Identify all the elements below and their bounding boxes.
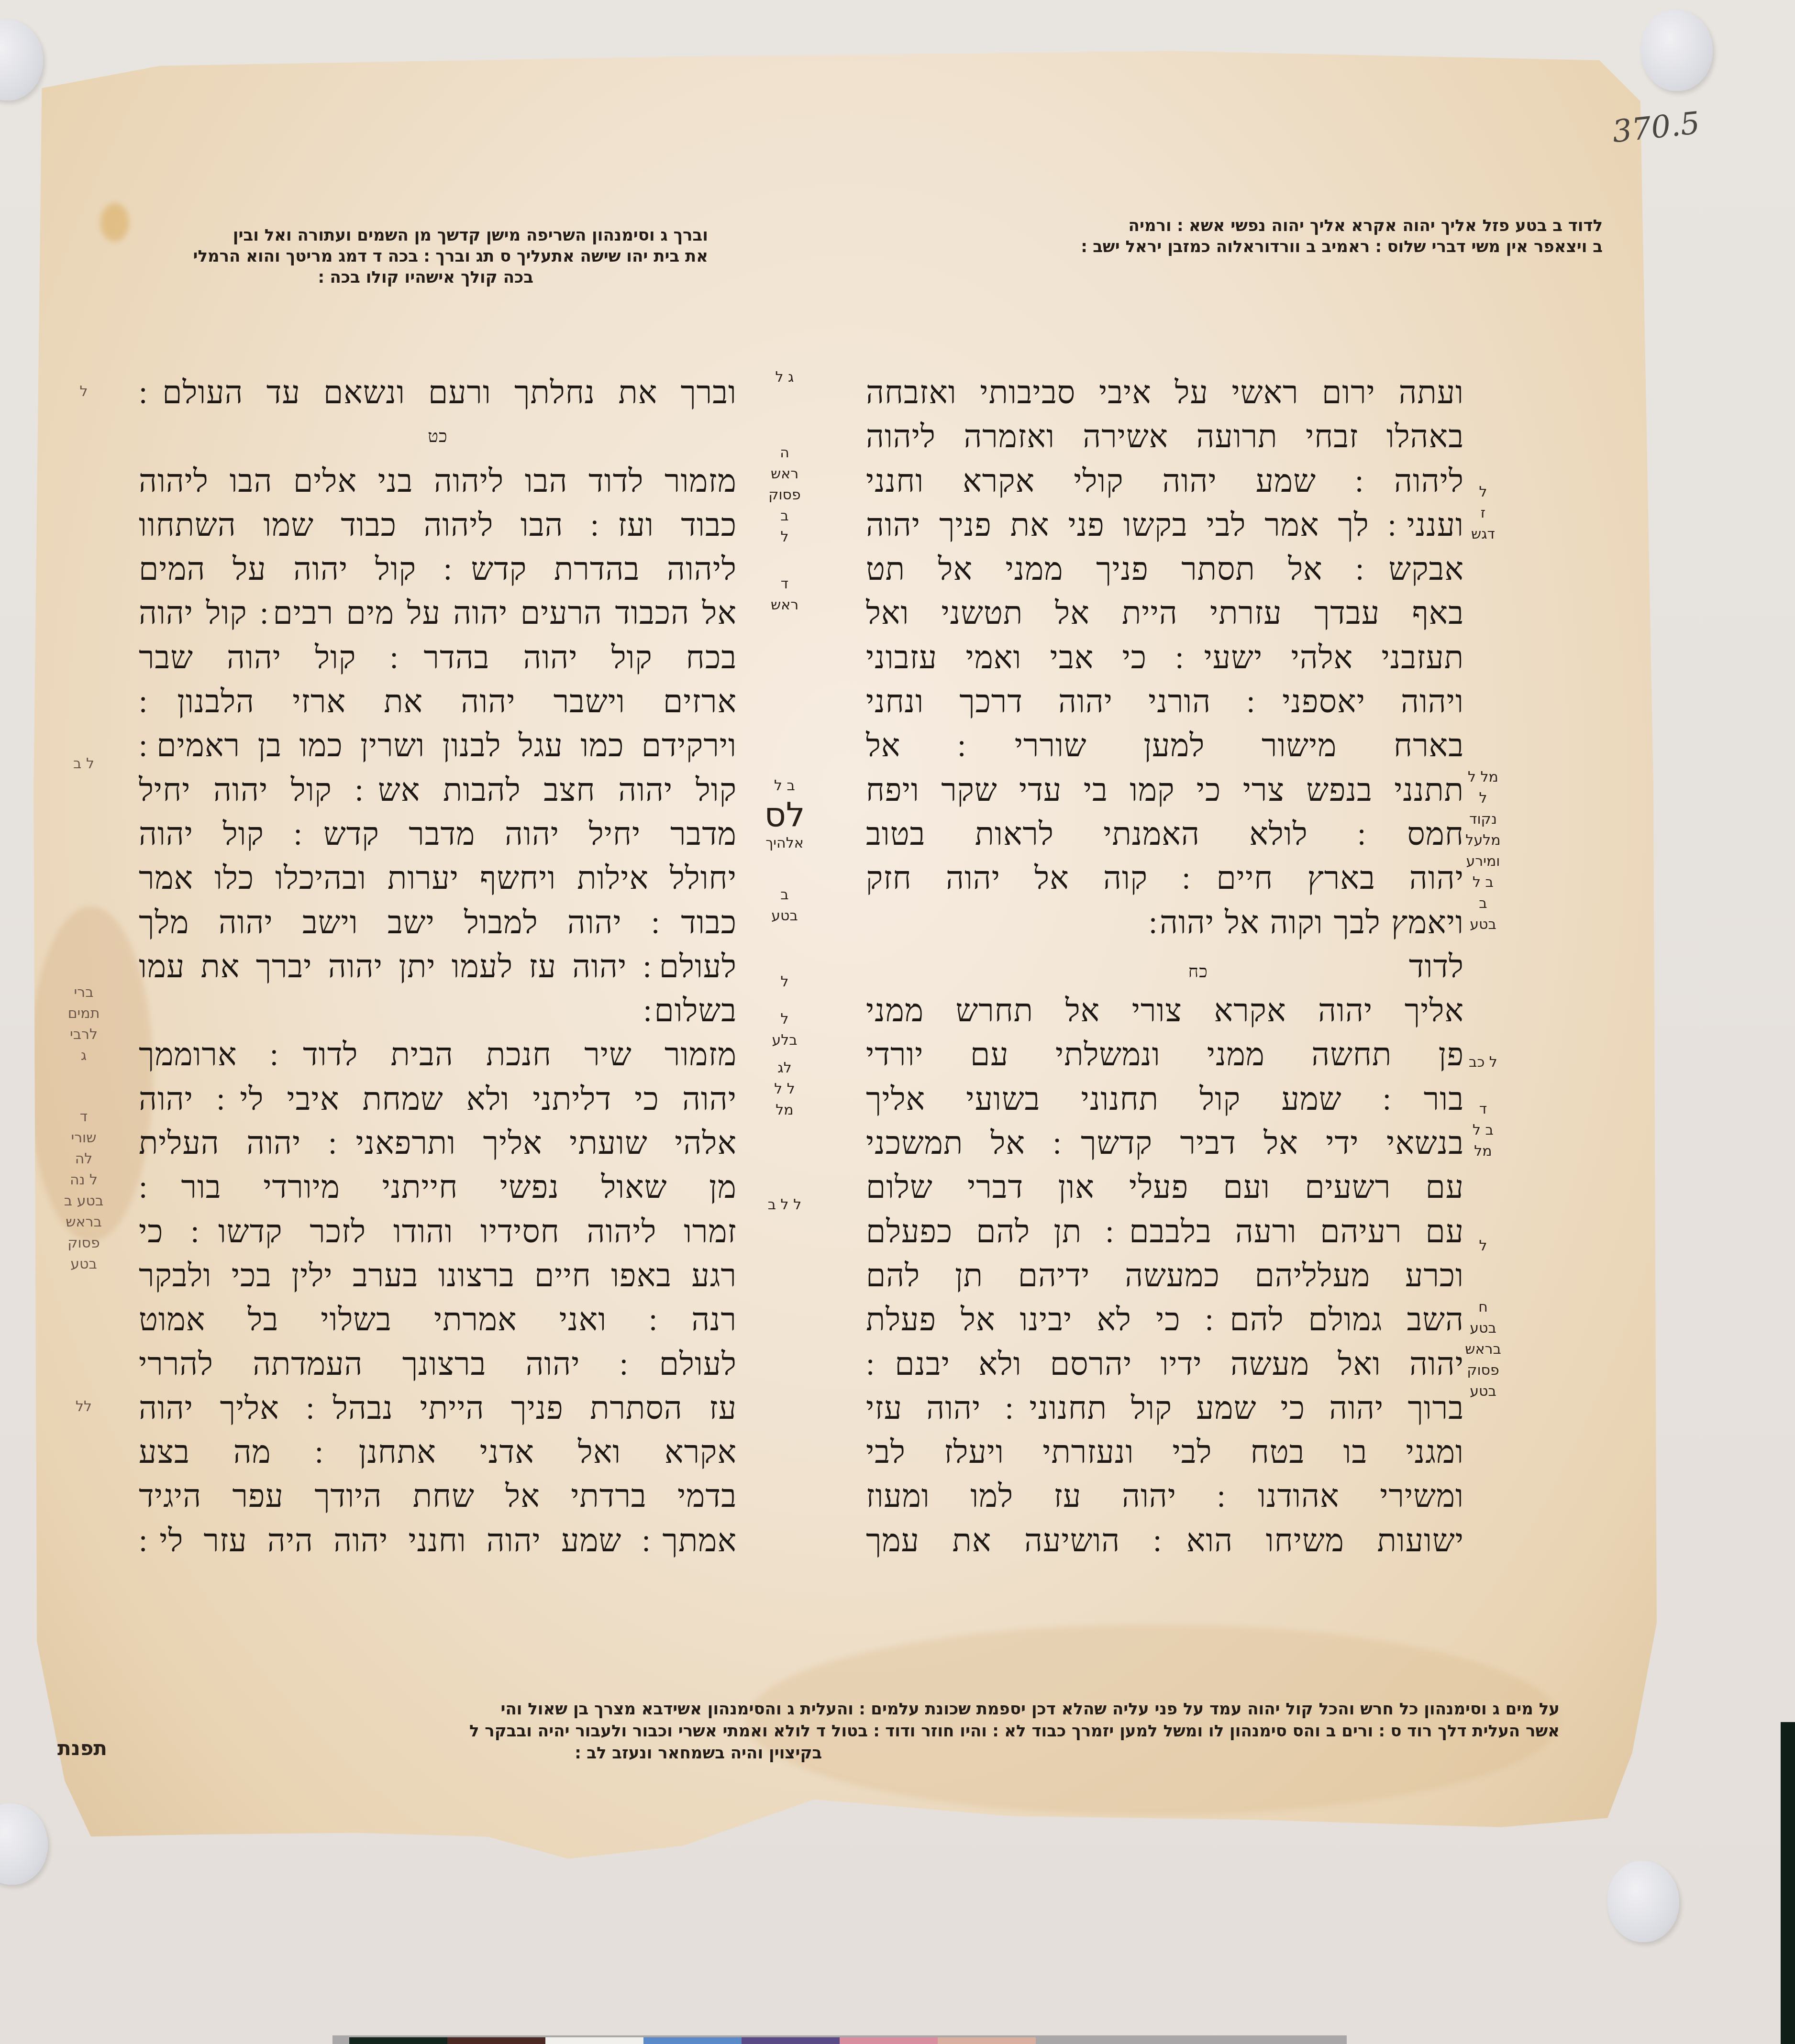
text-line: בשלום ׃ — [139, 989, 737, 1033]
text-line: ארזים וישבר יהוה את ארזי הלבנון ׃ — [139, 680, 737, 724]
margin-note: ומירע — [1450, 852, 1517, 871]
text-column-left: וברך את נחלתך ורעם ונשאם עד העולם ׃ כט מ… — [139, 371, 737, 1563]
text-line: ומשירי אהודנו ׃ יהוה עז למו ומעוז — [866, 1474, 1464, 1518]
margin-note: ה — [737, 444, 832, 462]
text-line: פן תחשה ממני ונמשלתי עם יורדי — [866, 1033, 1464, 1077]
margin-note: לס — [737, 798, 832, 831]
text-line: ליהוה ׃ שמע יהוה קולי אקרא וחנני — [866, 459, 1464, 503]
text-line: בור ׃ שמע קול תחנוני בשועי אליך — [866, 1077, 1464, 1121]
masorah-parva-center: ג ל ה ראש פסוק ב ל ד ראש ב ל לס אלהיך ב … — [737, 368, 832, 1217]
text-line: תעזבני אלהי ישעי ׃ כי אבי ואמי עזבוני — [866, 636, 1464, 680]
margin-note: ל נה — [38, 1171, 129, 1189]
color-swatch — [742, 2037, 840, 2044]
margin-note: ל — [737, 528, 832, 546]
text-line: אקרא ואל אדני אתחנן ׃ מה בצע — [139, 1430, 737, 1474]
margin-note: ל — [1450, 1237, 1517, 1255]
margin-note: ד — [1450, 1100, 1517, 1118]
margin-note: בטע — [1450, 1319, 1517, 1337]
margin-note: ברי — [38, 983, 129, 1002]
mounting-corner-bottom-right — [1607, 1861, 1679, 1942]
text-line: ויאמץ לבך וקוה אל יהוה ׃ — [866, 901, 1464, 945]
masorah-line: וברך ג וסימנהון השריפה מישן קדשך מן השמי… — [144, 225, 708, 246]
margin-note: מלעל — [1450, 831, 1517, 850]
text-line: וכרע מעלליהם כמעשה ידיהם תן להם — [866, 1254, 1464, 1298]
masorah-line: בקיצוין והיה בשמחאר ונעזב לב ׃ — [172, 1742, 1560, 1764]
margin-note: תמים — [38, 1005, 129, 1023]
margin-note: ד — [737, 575, 832, 593]
margin-note: בטע — [1450, 1382, 1517, 1401]
margin-note: ל ל — [737, 1080, 832, 1098]
margin-note: נקוד — [1450, 810, 1517, 829]
stain — [100, 203, 129, 242]
text-line: מן שאול נפשי חייתני מיורדי בור ׃ — [139, 1165, 737, 1209]
text-line: וברך את נחלתך ורעם ונשאם עד העולם ׃ — [139, 371, 737, 415]
masorah-line: בכה קולך אישהיו קולו בכה ׃ — [144, 267, 708, 288]
margin-note: ל — [1450, 483, 1517, 501]
color-calibration-strip — [332, 2035, 1347, 2044]
margin-note: מל ל — [1450, 768, 1517, 786]
text-line: יהוה כי דליתני ולא שמחת איבי לי ׃ יהוה — [139, 1077, 737, 1121]
margin-note: ב — [737, 886, 832, 904]
text-line: וענני ׃ לך אמר לבי בקשו פני את פניך יהוה — [866, 503, 1464, 547]
text-line: יחולל אילות ויחשף יערות ובהיכלו כלו אמר — [139, 856, 737, 900]
psalm-heading: לדודכח — [866, 945, 1464, 989]
text-line: זמרו ליהוה חסידיו והודו לזכר קדשו ׃ כי — [139, 1210, 737, 1254]
margin-note: ל — [737, 1010, 832, 1028]
text-line: בנשאי ידי אל דביר קדשך ׃ אל תמשכני — [866, 1121, 1464, 1165]
margin-note: ל כב — [1450, 1053, 1517, 1072]
text-line: לעולם ׃ יהוה ברצונך העמדתה להררי — [139, 1342, 737, 1386]
margin-note: לה — [38, 1150, 129, 1168]
frame-edge — [1781, 1722, 1795, 2044]
margin-note: בטע — [1450, 916, 1517, 934]
text-line: ישועות משיחו הוא ׃ הושיעה את עמך — [866, 1519, 1464, 1563]
masorah-parva-left: ל ל ב ברי תמים לרבי ג ד שורי לה ל נה בטע… — [38, 383, 129, 1419]
text-line: ברוך יהוה כי שמע קול תחנוני ׃ יהוה עזי — [866, 1386, 1464, 1430]
color-swatch — [545, 2037, 643, 2044]
masorah-magna-top-right: לדוד ב בטע פזל אליך יהוה אקרא אליך יהוה … — [861, 215, 1603, 257]
text-line: כבוד ׃ יהוה למבול ישב וישב יהוה מלך — [139, 901, 737, 945]
text-line: וירקידם כמו עגל לבנון ושרין כמו בן ראמים… — [139, 724, 737, 768]
text-line: אמתך ׃ שמע יהוה וחנני יהוה היה עזר לי ׃ — [139, 1519, 737, 1563]
masorah-magna-bottom: על מים ג וסימנהון כל חרש והכל קול יהוה ע… — [172, 1698, 1560, 1764]
text-line: עם רעיהם ורעה בלבבם ׃ תן להם כפעלם — [866, 1210, 1464, 1254]
color-swatch — [643, 2037, 742, 2044]
margin-note: ל — [737, 973, 832, 991]
color-swatch — [447, 2037, 545, 2044]
margin-note: לל — [38, 1398, 129, 1416]
text-line: יהוה ואל מעשה ידיו יהרסם ולא יבנם ׃ — [866, 1342, 1464, 1386]
margin-note: בראש — [1450, 1340, 1517, 1359]
margin-note: ב ל — [1450, 1121, 1517, 1139]
margin-note: ל — [1450, 789, 1517, 807]
masorah-line: את בית יהו שישה אתעליך ס תג וברך ׃ בכה ד… — [144, 246, 708, 267]
margin-note: ג ל — [737, 368, 832, 387]
text-line: רגע באפו חיים ברצונו בערב ילין בכי ולבקר — [139, 1254, 737, 1298]
margin-note: פסוק — [1450, 1361, 1517, 1380]
text-line: קול יהוה חצב להבות אש ׃ קול יהוה יחיל — [139, 768, 737, 812]
margin-note: ל ל ב — [737, 1196, 832, 1214]
psalm-number: כט — [139, 415, 737, 459]
masorah-parva-right: ל ז דגש מל ל ל נקוד מלעל ומירע ב ל ב בטע… — [1450, 483, 1517, 1403]
margin-note: ב ל — [1450, 873, 1517, 892]
margin-note: לג — [737, 1059, 832, 1077]
margin-note: בלע — [737, 1031, 832, 1050]
text-line: בדמי ברדתי אל שחת היודך עפר היגיד — [139, 1474, 737, 1518]
text-line: בארח מישור למען שוררי ׃ אל — [866, 724, 1464, 768]
masorah-magna-top-left: וברך ג וסימנהון השריפה מישן קדשך מן השמי… — [144, 225, 708, 288]
text-line: חמס ׃ לולא האמנתי לראות בטוב — [866, 812, 1464, 856]
margin-note: ב ל — [737, 777, 832, 795]
margin-note: ב — [737, 507, 832, 525]
color-swatch — [349, 2037, 447, 2044]
text-line: ומגני בו בטח לבי ונעזרתי ויעלז לבי — [866, 1430, 1464, 1474]
text-line: באף עבדך עזרתי היית אל תטשני ואל — [866, 591, 1464, 635]
text-line: כבוד ועז ׃ הבו ליהוה כבוד שמו השתחוו — [139, 503, 737, 547]
text-line: אלהי שועתי אליך ותרפאני ׃ יהוה העלית — [139, 1121, 737, 1165]
catchword: תפנת — [57, 1736, 107, 1760]
margin-note: ל ב — [38, 755, 129, 773]
margin-note: ל — [38, 383, 129, 401]
text-line: השב גמולם להם ׃ כי לא יבינו אל פעלת — [866, 1298, 1464, 1342]
text-line: ליהוה בהדרת קדש ׃ קול יהוה על המים — [139, 547, 737, 591]
text-line: לעולם ׃ יהוה עז לעמו יתן יהוה יברך את עמ… — [139, 945, 737, 989]
margin-note: דגש — [1450, 525, 1517, 543]
margin-note: ד — [38, 1108, 129, 1126]
text-line: ועתה ירום ראשי על איבי סביבותי ואזבחה — [866, 371, 1464, 415]
masorah-line: על מים ג וסימנהון כל חרש והכל קול יהוה ע… — [172, 1698, 1560, 1720]
margin-note: ח — [1450, 1298, 1517, 1316]
color-swatch — [938, 2037, 1036, 2044]
masorah-line: ב ויצאפר אין משי דברי שלוס ׃ ראמיב ב וור… — [861, 236, 1603, 257]
masorah-line: אשר העלית דלך רוד ס ׃ ורים ב והס סימנהון… — [172, 1720, 1560, 1742]
text-line: באהלו זבחי תרועה אשירה ואזמרה ליהוה — [866, 415, 1464, 459]
margin-note: ראש — [737, 596, 832, 614]
text-line: מזמור לדוד הבו ליהוה בני אלים הבו ליהוה — [139, 459, 737, 503]
margin-note: מל — [737, 1101, 832, 1119]
text-line: אל הכבוד הרעים יהוה על מים רבים ׃ קול יה… — [139, 591, 737, 635]
margin-note: בטע ב — [38, 1192, 129, 1210]
masorah-line: לדוד ב בטע פזל אליך יהוה אקרא אליך יהוה … — [861, 215, 1603, 236]
text-line: מזמור שיר חנכת הבית לדוד ׃ ארוממך — [139, 1033, 737, 1077]
color-swatch — [840, 2037, 938, 2044]
margin-note: בטע — [38, 1255, 129, 1273]
margin-note: לרבי — [38, 1026, 129, 1044]
margin-note: פסוק — [737, 486, 832, 504]
text-column-right: ועתה ירום ראשי על איבי סביבותי ואזבחה בא… — [866, 371, 1464, 1563]
text-line: עם רשעים ועם פעלי און דברי שלום — [866, 1165, 1464, 1209]
psalm-number: כח — [1188, 962, 1208, 982]
text-line: עז הסתרת פניך הייתי נבהל ׃ אליך יהוה — [139, 1386, 737, 1430]
margin-note: בראש — [38, 1213, 129, 1231]
margin-note: אלהיך — [737, 834, 832, 852]
margin-note: פסוק — [38, 1234, 129, 1252]
margin-note: ב — [1450, 895, 1517, 913]
text-line: ויהוה יאספני ׃ הורני יהוה דרכך ונחני — [866, 680, 1464, 724]
text-line: רנה ׃ ואני אמרתי בשלוי בל אמוט — [139, 1298, 737, 1342]
text-line: תתנני בנפש צרי כי קמו בי עדי שקר ויפח — [866, 768, 1464, 812]
text-line: יהוה בארץ חיים ׃ קוה אל יהוה חזק — [866, 856, 1464, 900]
text-line: אליך יהוה אקרא צורי אל תחרש ממני — [866, 989, 1464, 1033]
margin-note: ז — [1450, 504, 1517, 522]
margin-note: שורי — [38, 1129, 129, 1147]
text-line: מדבר יחיל יהוה מדבר קדש ׃ קול יהוה — [139, 812, 737, 856]
margin-note: בטע — [737, 907, 832, 925]
margin-note: ראש — [737, 465, 832, 483]
margin-note: מל — [1450, 1142, 1517, 1160]
mounting-corner-top-right — [1641, 10, 1713, 91]
margin-note: ג — [38, 1047, 129, 1065]
text-line: בכח קול יהוה בהדר ׃ קול יהוה שבר — [139, 636, 737, 680]
text-line: אבקש ׃ אל תסתר פניך ממני אל תט — [866, 547, 1464, 591]
